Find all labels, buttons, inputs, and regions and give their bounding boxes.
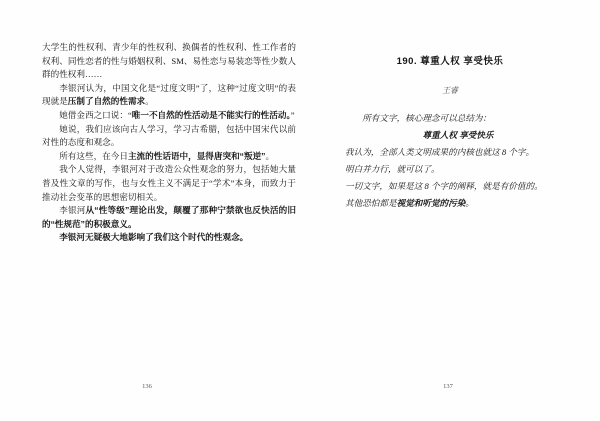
paragraph: 我个人觉得，李银河对于改造公众性观念的努力，包括她大量普及性文章的写作，也与女性… (42, 163, 296, 204)
paragraph: 李银河认为，中国文化是“过度文明”了，这种“过度文明”的表现就是压制了自然的性需… (42, 82, 296, 109)
paragraph: 所有文字，核心理念可以总结为： (345, 110, 571, 127)
page-number-left: 136 (117, 383, 177, 390)
bold-text: 视觉和听觉的污染 (397, 198, 466, 208)
body-text: 我个人觉得，李银河对于改造公众性观念的努力，包括她大量普及性文章的写作，也与女性… (42, 164, 296, 201)
body-text: 大学生的性权利、青少年的性权利、换偶者的性权利、性工作者的权利、同性恋者的性与婚… (42, 42, 296, 79)
bold-text: 尊重人权 享受快乐 (423, 130, 494, 140)
body-text: 她借金西之口说：“ (59, 110, 132, 120)
paragraph: 她借金西之口说：“唯一不自然的性活动是不能实行的性活动。” (42, 109, 296, 123)
paragraph: 其他恐怕都是视觉和听觉的污染。 (345, 195, 571, 212)
body-text: 我认为，全部人类文明成果的内核也就这 8 个字。 (345, 147, 534, 157)
paragraph: 尊重人权 享受快乐 (345, 127, 571, 144)
body-text: 明白并力行，就可以了。 (345, 164, 440, 174)
paragraph: 所有这些，在今日主流的性话语中，显得唐突和“叛逆”。 (42, 150, 296, 164)
paragraph: 我认为，全部人类文明成果的内核也就这 8 个字。 (345, 144, 571, 161)
paragraph: 明白并力行，就可以了。 (345, 161, 571, 178)
body-text: 。 (265, 151, 274, 161)
body-text: 她说，我们应该向古人学习，学习古希腊，包括中国宋代以前对性的态度和观念。 (42, 124, 296, 148)
body-text: ” (291, 110, 295, 120)
body-text: 所有这些，在今日 (59, 151, 128, 161)
paragraph: 李银河从“性等级”理论出发，颠覆了那种宁禁欲也反快活的旧的“性规范”的积极意义。 (42, 204, 296, 231)
body-text: 所有文字，核心理念可以总结为： (362, 113, 491, 123)
paragraph: 大学生的性权利、青少年的性权利、换偶者的性权利、性工作者的权利、同性恋者的性与婚… (42, 41, 296, 82)
body-text: 。 (145, 96, 154, 106)
bold-text: 主流的性话语中，显得唐突和“叛逆” (128, 151, 266, 161)
chapter-title: 190. 尊重人权 享受快乐 (330, 56, 570, 68)
bold-text: 李银河无疑极大地影响了我们这个时代的性观念。 (59, 232, 248, 242)
paragraph: 一切文字，如果是这 8 个字的阐释，就是有价值的。 (345, 178, 571, 195)
body-text: 李银河 (59, 205, 85, 215)
bold-text: 压制了自然的性需求 (68, 96, 145, 106)
paragraph: 她说，我们应该向古人学习，学习古希腊，包括中国宋代以前对性的态度和观念。 (42, 123, 296, 150)
body-text: 其他恐怕都是 (345, 198, 397, 208)
body-text: 一切文字，如果是这 8 个字的阐释，就是有价值的。 (345, 181, 543, 191)
left-page-text: 大学生的性权利、青少年的性权利、换偶者的性权利、性工作者的权利、同性恋者的性与婚… (42, 41, 296, 245)
body-text: 。 (465, 198, 474, 208)
right-page-text: 所有文字，核心理念可以总结为：尊重人权 享受快乐我认为，全部人类文明成果的内核也… (345, 110, 571, 212)
bold-text: 唯一不自然的性活动是不能实行的性活动。 (132, 110, 291, 120)
paragraph: 李银河无疑极大地影响了我们这个时代的性观念。 (42, 231, 296, 245)
book-spread: 大学生的性权利、青少年的性权利、换偶者的性权利、性工作者的权利、同性恋者的性与婚… (0, 0, 600, 421)
page-number-right: 137 (418, 383, 478, 390)
chapter-author: 王睿 (330, 85, 570, 96)
